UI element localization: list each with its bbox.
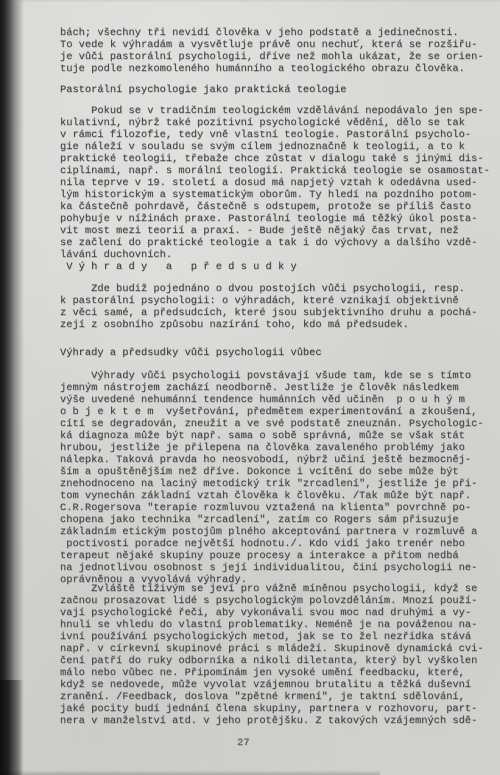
book-binding-edge bbox=[0, 0, 26, 775]
scan-bottom-shadow bbox=[0, 770, 380, 775]
book-binding-edge-bottom bbox=[0, 680, 24, 775]
chapter-heading-objections-and-prejudices: V ý h r a d y a p ř e d s u d k y bbox=[60, 261, 297, 273]
scan-top-shadow bbox=[0, 0, 500, 3]
section-heading-pastoral-practical-theology: Pastorální psychologie jako praktická te… bbox=[60, 84, 347, 96]
page-number: 27 bbox=[237, 737, 250, 749]
paragraph-intro-continuation: bách; všechny tři nevidí člověka v jeho … bbox=[60, 27, 484, 75]
paragraph-objections-general: Výhrady vůči psychologii povstávají všud… bbox=[60, 370, 484, 586]
paragraph-objections-intro: Zde budiž pojednáno o dvou postojích vůč… bbox=[60, 283, 477, 331]
scanned-book-page: bách; všechny tři nevidí člověka v jeho … bbox=[0, 0, 500, 775]
paragraph-practical-theology: Pokud se v tradičním teologickém vzděláv… bbox=[60, 105, 490, 261]
paragraph-psychology-misuse: Zvláště tíživým se jeví pro vážně míněno… bbox=[60, 583, 484, 727]
subheading-objections-psychology-general: Výhrady a předsudky vůči psychologii vůb… bbox=[60, 347, 322, 359]
